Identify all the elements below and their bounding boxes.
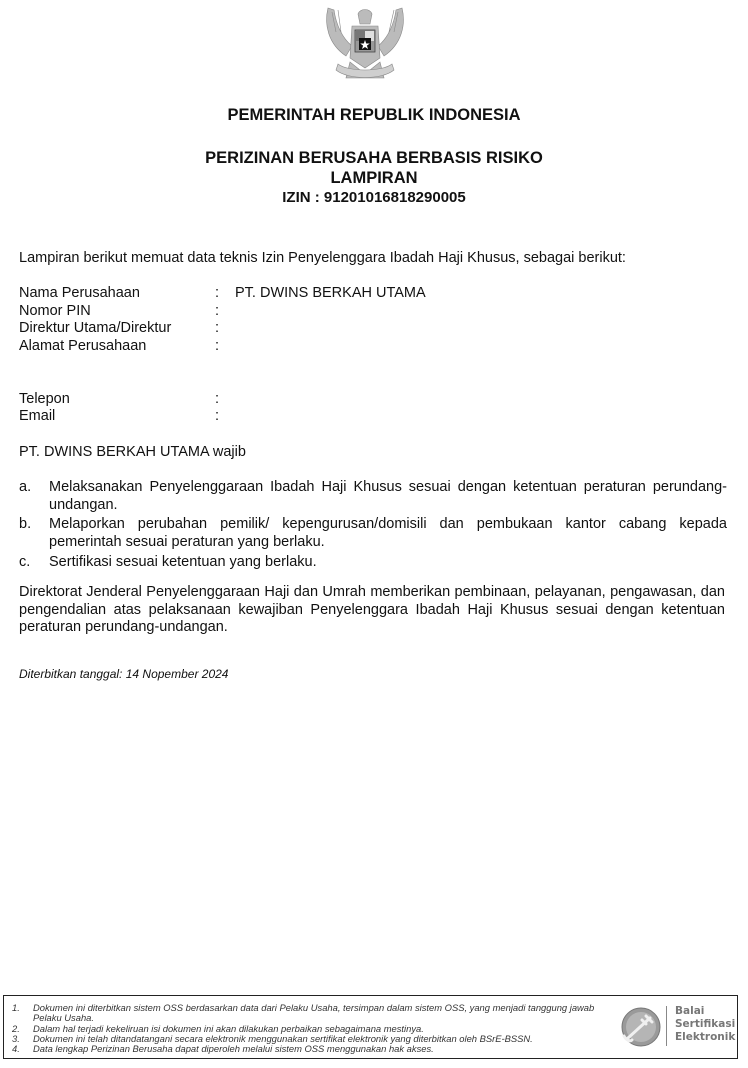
obligation-intro: PT. DWINS BERKAH UTAMA wajib <box>19 444 246 462</box>
issued-date: Diterbitkan tanggal: 14 Nopember 2024 <box>19 666 228 684</box>
field-value: PT. DWINS BERKAH UTAMA <box>235 285 426 303</box>
note-number: 4. <box>12 1044 20 1054</box>
logo-line: Balai <box>675 1005 735 1018</box>
government-heading: PEMERINTAH REPUBLIK INDONESIA <box>0 105 748 125</box>
note-number: 1. <box>12 1003 20 1013</box>
field-pin-number: Nomor PIN : <box>19 303 719 321</box>
field-phone: Telepon : <box>19 391 719 409</box>
field-label: Direktur Utama/Direktur <box>19 320 171 338</box>
field-separator: : <box>215 408 219 426</box>
list-text: Melaksanakan Penyelenggaraan Ibadah Haji… <box>49 479 727 514</box>
list-text: Melaporkan perubahan pemilik/ kepengurus… <box>49 516 727 551</box>
document-subtitle: LAMPIRAN <box>0 168 748 188</box>
field-email: Email : <box>19 408 719 426</box>
bsre-key-logo-icon <box>620 1006 662 1048</box>
logo-line: Sertifikasi <box>675 1018 735 1031</box>
field-separator: : <box>215 338 219 356</box>
note-text: Dokumen ini diterbitkan sistem OSS berda… <box>33 1003 613 1023</box>
note-text: Data lengkap Perizinan Berusaha dapat di… <box>33 1044 613 1054</box>
footer-notes-box: 1. Dokumen ini diterbitkan sistem OSS be… <box>3 995 738 1059</box>
intro-text: Lampiran berikut memuat data teknis Izin… <box>19 250 626 268</box>
field-separator: : <box>215 303 219 321</box>
field-separator: : <box>215 285 219 303</box>
list-marker: b. <box>19 516 31 534</box>
field-label: Nomor PIN <box>19 303 91 321</box>
field-label: Nama Perusahaan <box>19 285 140 303</box>
closing-paragraph: Direktorat Jenderal Penyelenggaraan Haji… <box>19 584 725 637</box>
field-separator: : <box>215 320 219 338</box>
bsre-logo-text: Balai Sertifikasi Elektronik <box>675 1005 735 1044</box>
field-company-address: Alamat Perusahaan : <box>19 338 719 356</box>
list-marker: c. <box>19 554 30 572</box>
field-company-name: Nama Perusahaan : PT. DWINS BERKAH UTAMA <box>19 285 719 303</box>
document-title: PERIZINAN BERUSAHA BERBASIS RISIKO <box>0 148 748 168</box>
logo-divider <box>666 1006 667 1046</box>
list-text: Sertifikasi sesuai ketentuan yang berlak… <box>49 554 727 572</box>
list-marker: a. <box>19 479 31 497</box>
field-label: Telepon <box>19 391 70 409</box>
field-separator: : <box>215 391 219 409</box>
field-label: Alamat Perusahaan <box>19 338 146 356</box>
garuda-emblem-icon <box>322 2 408 90</box>
logo-line: Elektronik <box>675 1031 735 1044</box>
field-label: Email <box>19 408 55 426</box>
permit-number: IZIN : 91201016818290005 <box>0 188 748 208</box>
field-director: Direktur Utama/Direktur : <box>19 320 719 338</box>
